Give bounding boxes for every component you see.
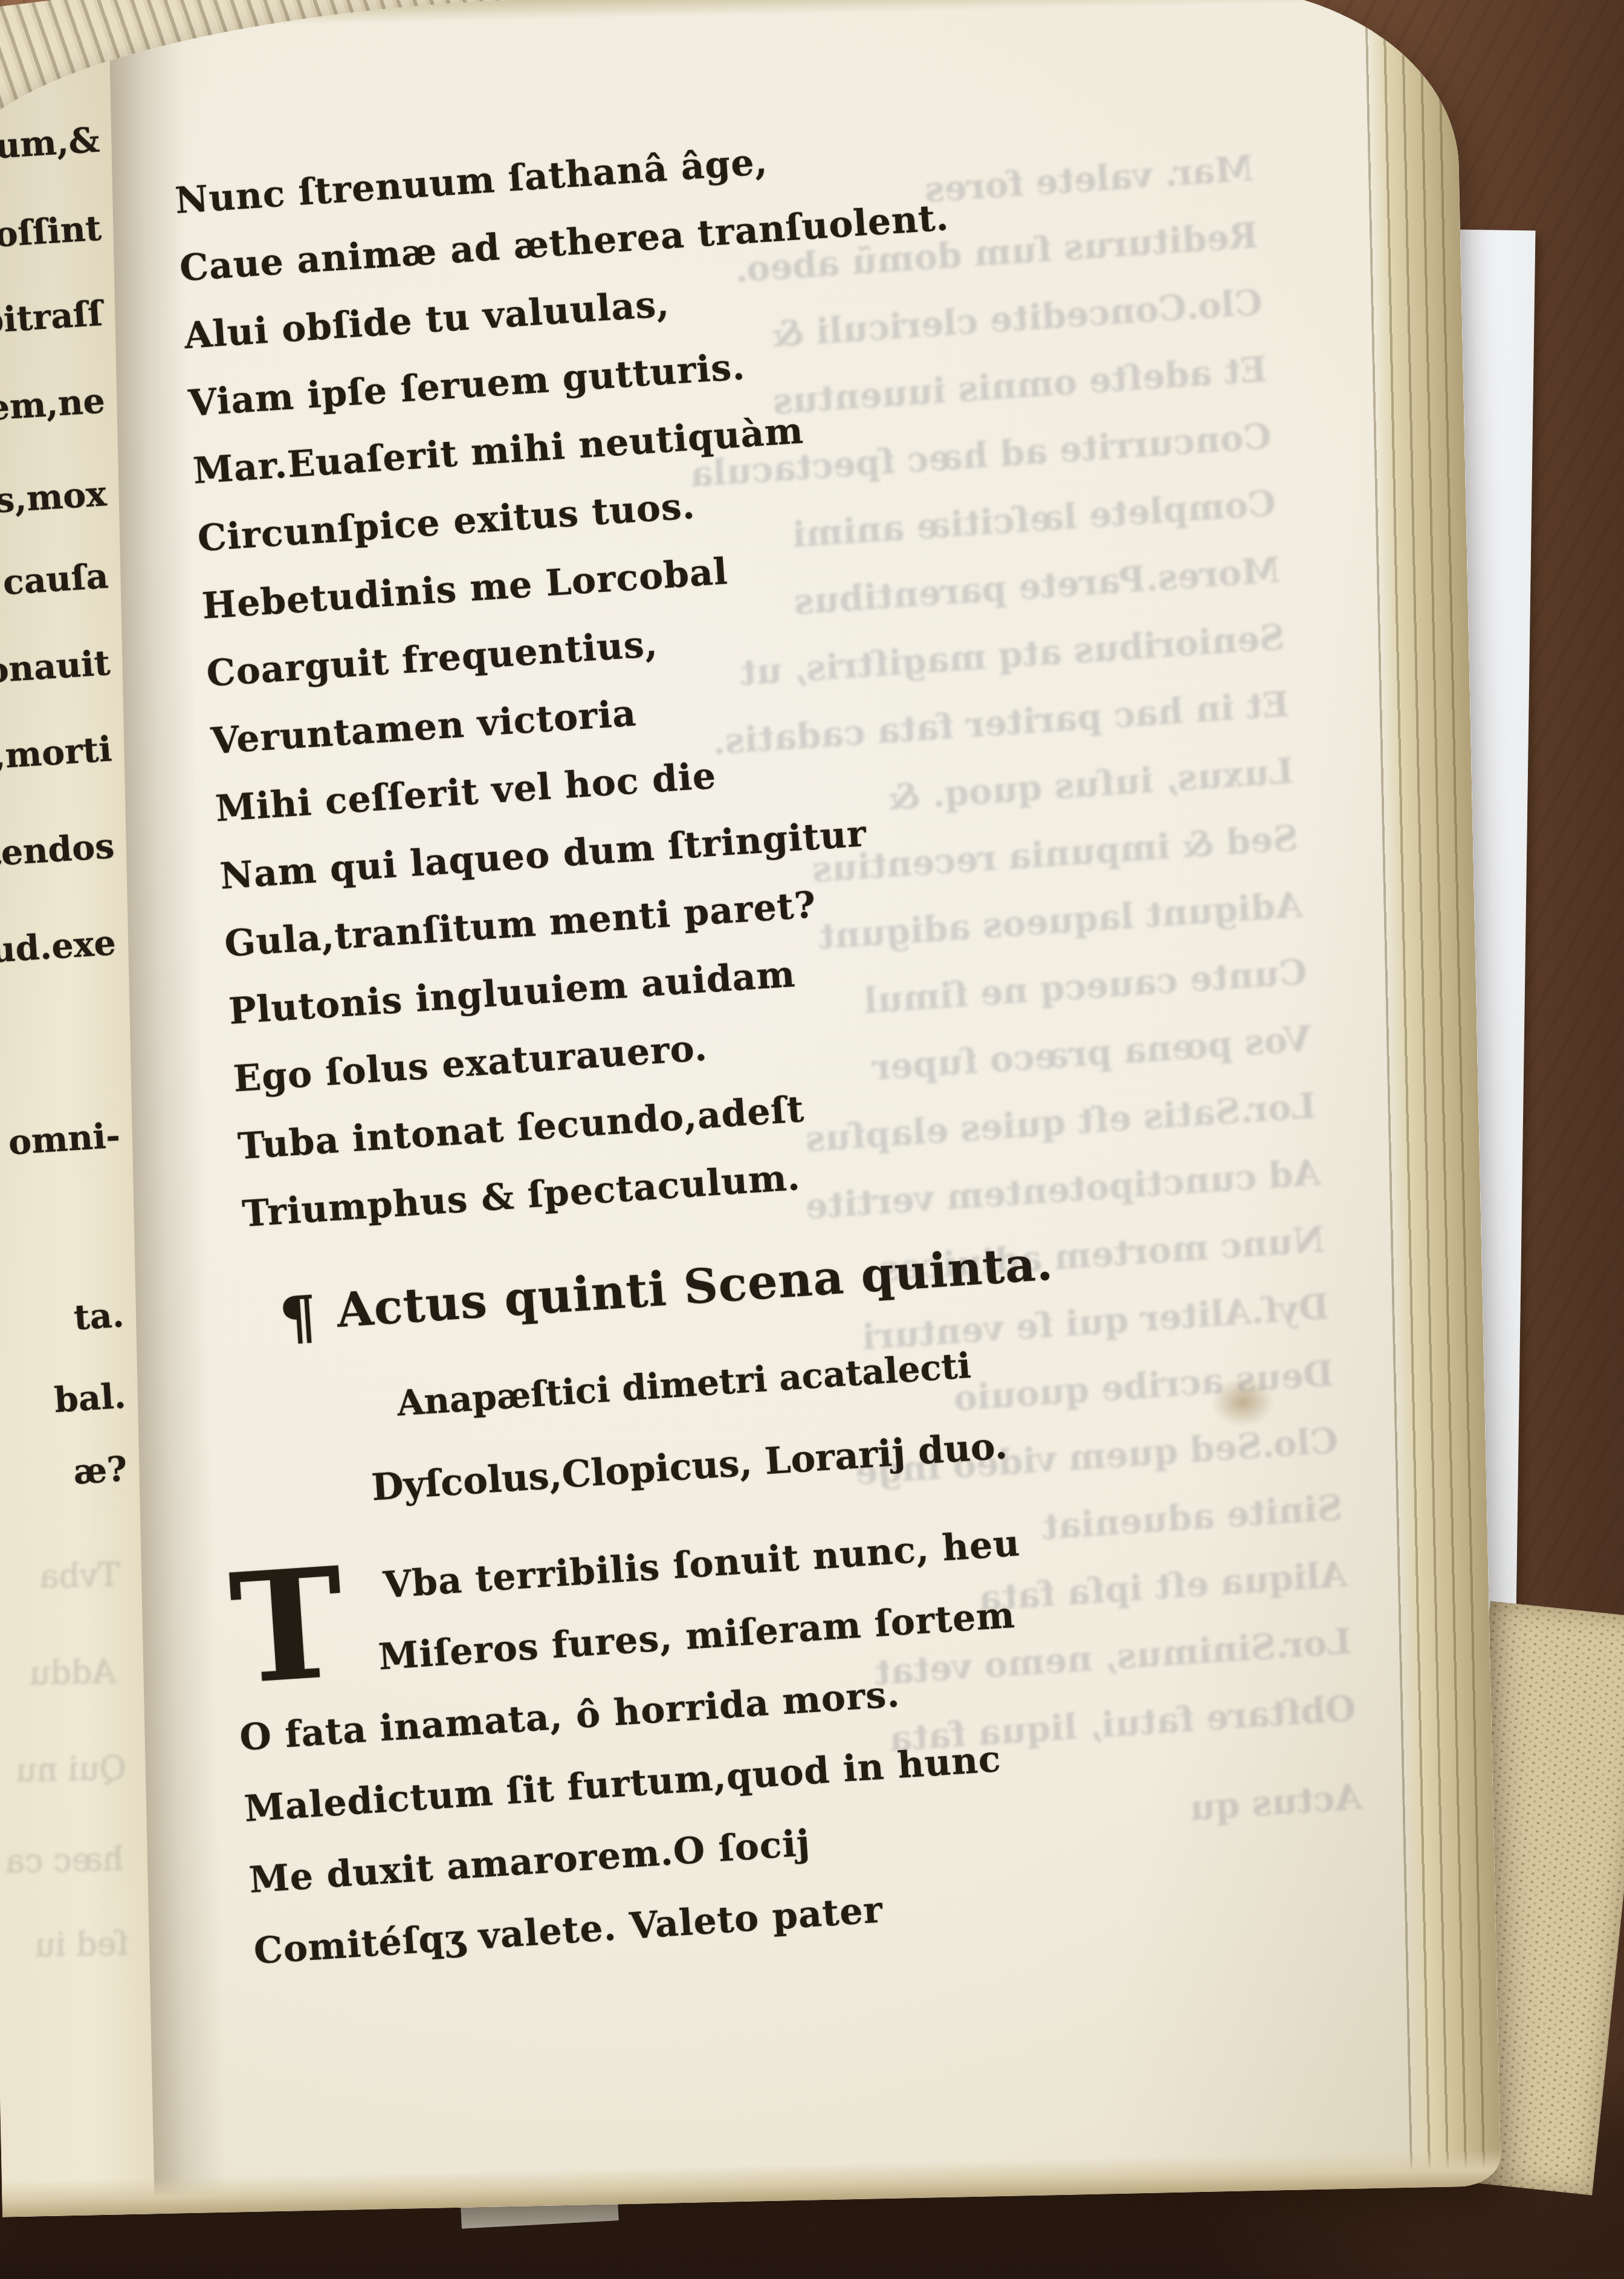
verse-line: Plutonis ingluuiem auidam: [228, 953, 797, 1033]
left-page-showthrough: hæc ca: [5, 1840, 124, 1880]
verse-line: Circunſpice exitus tuos.: [196, 485, 697, 560]
left-page-fragment: poſſint: [0, 208, 102, 257]
left-page-showthrough: ſed iu: [34, 1924, 129, 1964]
scene-heading-title: Actus quinti Scena quinta.: [335, 1236, 1055, 1338]
verse-line: Tuba intonat ſecundo,adeſt: [237, 1088, 806, 1168]
left-page-showthrough: Tvba: [39, 1555, 120, 1595]
left-page-fragment: donauit: [0, 643, 111, 693]
left-page-fragment: ta.: [73, 1294, 125, 1338]
scene-heading: ¶Actus quinti Scena quinta.: [277, 1233, 1055, 1353]
verse-line: Miſeros fures, miſeram ſortem: [377, 1594, 1017, 1679]
drop-cap-T: T: [226, 1547, 348, 1705]
photo-of-open-book: { "book": { "right_page": { "verse_lines…: [0, 0, 1624, 2279]
characters-line: Dyſcolus,Clopicus, Lorarij duo.: [218, 1414, 1161, 1519]
left-page-fragment: endet omni-: [0, 1115, 121, 1171]
left-page-fragment: m gregem,ne: [0, 380, 106, 437]
verse-line: Ego ſolus exaturauero.: [232, 1026, 708, 1100]
verse-line: Mihi ceſſerit vel hoc die: [214, 755, 717, 831]
verse-line: Triumphus & ſpectaculum.: [241, 1156, 801, 1236]
verse-line: Alui obſide tu valuulas,: [183, 283, 670, 357]
verse-line: Gula,tranſitum menti paret?: [223, 884, 817, 965]
verse-line: Hebetudinis me Lorcobal: [201, 551, 729, 628]
left-page-fragment: æ?: [72, 1448, 128, 1493]
verse-line: Maledictum ſit furtum,quod in hunc: [243, 1738, 1002, 1830]
verse-line: Me duxit amarorem.O ſocij: [248, 1822, 812, 1901]
verse-line: Coarguit frequentius,: [205, 623, 659, 695]
left-page-fragment: plectendos: [0, 826, 115, 880]
left-page-showthrough: Addu: [29, 1652, 116, 1692]
left-page-showthrough: Qui nu: [15, 1749, 126, 1789]
verse-line: Mar.Euaſerit mihi neutiquàm: [192, 410, 804, 493]
final-verse-block: T Vba terribilis ſonuit nunc, heu Miſero…: [224, 1494, 1400, 2028]
verse-line: Comitéſqʒ valete. Valeto pater: [253, 1888, 884, 1973]
left-page-fragment: us. Iud.exe: [0, 922, 117, 976]
pilcrow-mark: ¶: [277, 1282, 319, 1353]
left-page-fragment: Hac de cauſa: [0, 556, 109, 612]
left-page-fragment: bal.: [53, 1376, 127, 1421]
verse-line: Vba terribilis ſonuit nunc, heu: [382, 1522, 1021, 1607]
left-page-fragment: torum,&: [0, 120, 100, 170]
left-page-fragment: piũ arbitraſſ: [0, 293, 104, 349]
verse-line: Veruntamen victoria: [210, 692, 638, 763]
verse-line: Nam qui laqueo dum ſtringitur: [219, 812, 868, 898]
printed-text-block: Nunc ſtrenuum ſathanâ âge, Caue animæ ad…: [132, 101, 1492, 2053]
left-page-fragment: tibus,morti: [0, 729, 113, 783]
open-book: Mar. valete fores Rediturus ſum domũ abe…: [0, 0, 1501, 2217]
verse-line: Viam ipſe ſeruem gutturis.: [187, 346, 746, 425]
left-page-fragment: tas,mox: [0, 473, 108, 524]
